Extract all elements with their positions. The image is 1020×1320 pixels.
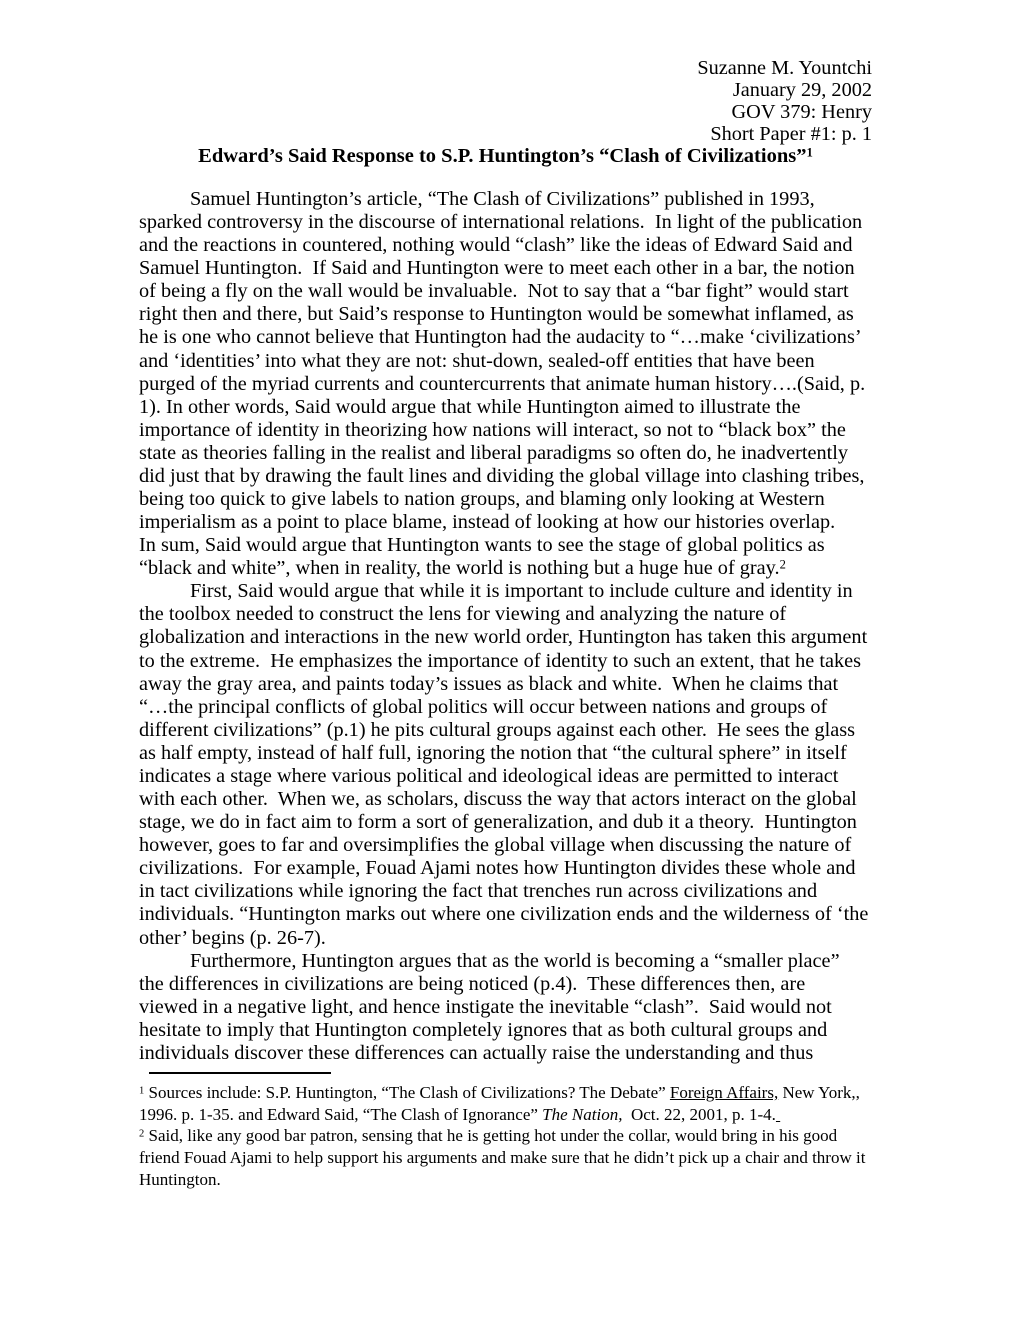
text-run: New York,, <box>778 1083 860 1102</box>
text-run: as half empty, instead of half full, ign… <box>139 742 847 764</box>
text-run: individuals. “Huntington marks out where… <box>139 903 868 925</box>
text-line: the differences in civilizations are bei… <box>139 973 872 996</box>
text-run: importance of identity in theorizing how… <box>139 419 846 441</box>
text-line: hesitate to imply that Huntington comple… <box>139 1019 872 1042</box>
text-run: 1). In other words, Said would argue tha… <box>139 396 800 418</box>
text-line: of being a fly on the wall would be inva… <box>139 280 872 303</box>
paragraph: Furthermore, Huntington argues that as t… <box>139 950 872 1065</box>
header-paper-info: Short Paper #1: p. 1 <box>139 123 872 145</box>
header-date: January 29, 2002 <box>139 79 872 101</box>
text-run: individuals discover these differences c… <box>139 1042 813 1064</box>
text-line: friend Fouad Ajami to help support his a… <box>139 1147 872 1169</box>
text-run: of being a fly on the wall would be inva… <box>139 280 849 302</box>
text-line: and ‘identities’ into what they are not:… <box>139 350 872 373</box>
text-line: away the gray area, and paints today’s i… <box>139 673 872 696</box>
document-body: Samuel Huntington’s article, “The Clash … <box>139 188 872 1065</box>
text-run: Samuel Huntington’s article, “The Clash … <box>190 188 815 210</box>
text-run: being too quick to give labels to nation… <box>139 488 825 510</box>
text-run: 1996. p. 1-35. and Edward Said, “The Cla… <box>139 1105 542 1124</box>
text-run: sparked controversy in the discourse of … <box>139 211 862 233</box>
text-line: individuals discover these differences c… <box>139 1042 872 1065</box>
text-run: “…the principal conflicts of global poli… <box>139 696 827 718</box>
text-line: with each other. When we, as scholars, d… <box>139 788 872 811</box>
document-page: Suzanne M. Yountchi January 29, 2002 GOV… <box>0 0 1020 1320</box>
header-course: GOV 379: Henry <box>139 101 872 123</box>
text-run: the differences in civilizations are bei… <box>139 973 805 995</box>
text-run: state as theories falling in the realist… <box>139 442 848 464</box>
text-run: did just that by drawing the fault lines… <box>139 465 865 487</box>
text-line: in tact civilizations while ignoring the… <box>139 880 872 903</box>
text-run: to the extreme. He emphasizes the import… <box>139 650 861 672</box>
superscript-ref: 2 <box>780 558 786 572</box>
text-line: Samuel Huntington’s article, “The Clash … <box>139 188 872 211</box>
text-line: 1996. p. 1-35. and Edward Said, “The Cla… <box>139 1104 872 1126</box>
text-line: other’ begins (p. 26-7). <box>139 927 872 950</box>
text-line: and the reactions in countered, nothing … <box>139 234 872 257</box>
footnote-separator <box>149 1072 331 1074</box>
text-run: different civilizations” (p.1) he pits c… <box>139 719 855 741</box>
footnote: 1 Sources include: S.P. Huntington, “The… <box>139 1082 872 1125</box>
text-run: hesitate to imply that Huntington comple… <box>139 1019 827 1041</box>
text-line: to the extreme. He emphasizes the import… <box>139 650 872 673</box>
text-run: The Nation, <box>542 1105 622 1124</box>
text-run: stage, we do in fact aim to form a sort … <box>139 811 857 833</box>
text-run: he is one who cannot believe that Huntin… <box>139 326 862 348</box>
document-header: Suzanne M. Yountchi January 29, 2002 GOV… <box>139 57 872 145</box>
text-line: individuals. “Huntington marks out where… <box>139 903 872 926</box>
text-line: stage, we do in fact aim to form a sort … <box>139 811 872 834</box>
text-run: and ‘identities’ into what they are not:… <box>139 350 815 372</box>
text-run: Sources include: S.P. Huntington, “The C… <box>144 1083 670 1102</box>
text-line: being too quick to give labels to nation… <box>139 488 872 511</box>
text-line: different civilizations” (p.1) he pits c… <box>139 719 872 742</box>
text-line: Furthermore, Huntington argues that as t… <box>139 950 872 973</box>
text-line: 1 Sources include: S.P. Huntington, “The… <box>139 1082 872 1104</box>
paragraph: First, Said would argue that while it is… <box>139 580 872 949</box>
text-run: and the reactions in countered, nothing … <box>139 234 853 256</box>
text-run: Foreign Affairs, <box>670 1083 778 1102</box>
document-title: Edward’s Said Response to S.P. Huntingto… <box>139 145 872 168</box>
text-run: right then and there, but Said’s respons… <box>139 303 854 325</box>
text-run: friend Fouad Ajami to help support his a… <box>139 1148 865 1167</box>
text-line: 2 Said, like any good bar patron, sensin… <box>139 1125 872 1147</box>
text-run: in tact civilizations while ignoring the… <box>139 880 817 902</box>
text-run: Oct. 22, 2001, p. 1-4. <box>622 1105 775 1124</box>
text-run: other’ begins (p. 26-7). <box>139 927 326 949</box>
text-run: globalization and interactions in the ne… <box>139 626 867 648</box>
text-line: importance of identity in theorizing how… <box>139 419 872 442</box>
title-text: Edward’s Said Response to S.P. Huntingto… <box>198 145 806 167</box>
text-line: viewed in a negative light, and hence in… <box>139 996 872 1019</box>
text-line: state as theories falling in the realist… <box>139 442 872 465</box>
text-line: civilizations. For example, Fouad Ajami … <box>139 857 872 880</box>
text-run: “black and white”, when in reality, the … <box>139 557 780 579</box>
text-run: viewed in a negative light, and hence in… <box>139 996 832 1018</box>
text-run: In sum, Said would argue that Huntington… <box>139 534 825 556</box>
text-run: Said, like any good bar patron, sensing … <box>144 1126 837 1145</box>
text-line: as half empty, instead of half full, ign… <box>139 742 872 765</box>
text-line: In sum, Said would argue that Huntington… <box>139 534 872 557</box>
text-line: Samuel Huntington. If Said and Huntingto… <box>139 257 872 280</box>
text-line: the toolbox needed to construct the lens… <box>139 603 872 626</box>
text-line: globalization and interactions in the ne… <box>139 626 872 649</box>
header-author: Suzanne M. Yountchi <box>139 57 872 79</box>
text-line: sparked controversy in the discourse of … <box>139 211 872 234</box>
document-footnotes: 1 Sources include: S.P. Huntington, “The… <box>139 1082 872 1191</box>
text-line: Huntington. <box>139 1169 872 1191</box>
title-footnote-ref: 1 <box>806 145 812 159</box>
text-run: with each other. When we, as scholars, d… <box>139 788 857 810</box>
text-line: “black and white”, when in reality, the … <box>139 557 872 580</box>
text-line: right then and there, but Said’s respons… <box>139 303 872 326</box>
text-run: Furthermore, Huntington argues that as t… <box>190 950 840 972</box>
text-line: he is one who cannot believe that Huntin… <box>139 326 872 349</box>
text-line: imperialism as a point to place blame, i… <box>139 511 872 534</box>
text-run: purged of the myriad currents and counte… <box>139 373 865 395</box>
text-run: Huntington. <box>139 1170 221 1189</box>
text-run: Samuel Huntington. If Said and Huntingto… <box>139 257 855 279</box>
text-line: purged of the myriad currents and counte… <box>139 373 872 396</box>
text-line: indicates a stage where various politica… <box>139 765 872 788</box>
text-line: First, Said would argue that while it is… <box>139 580 872 603</box>
text-line: “…the principal conflicts of global poli… <box>139 696 872 719</box>
paragraph: Samuel Huntington’s article, “The Clash … <box>139 188 872 580</box>
text-line: 1). In other words, Said would argue tha… <box>139 396 872 419</box>
text-line: did just that by drawing the fault lines… <box>139 465 872 488</box>
text-run: however, goes to far and oversimplifies … <box>139 834 851 856</box>
footnote: 2 Said, like any good bar patron, sensin… <box>139 1125 872 1190</box>
text-run <box>776 1105 780 1124</box>
text-run: indicates a stage where various politica… <box>139 765 838 787</box>
text-run: the toolbox needed to construct the lens… <box>139 603 786 625</box>
text-run: First, Said would argue that while it is… <box>190 580 853 602</box>
text-run: civilizations. For example, Fouad Ajami … <box>139 857 856 879</box>
text-run: imperialism as a point to place blame, i… <box>139 511 835 533</box>
text-run: away the gray area, and paints today’s i… <box>139 673 838 695</box>
text-line: however, goes to far and oversimplifies … <box>139 834 872 857</box>
